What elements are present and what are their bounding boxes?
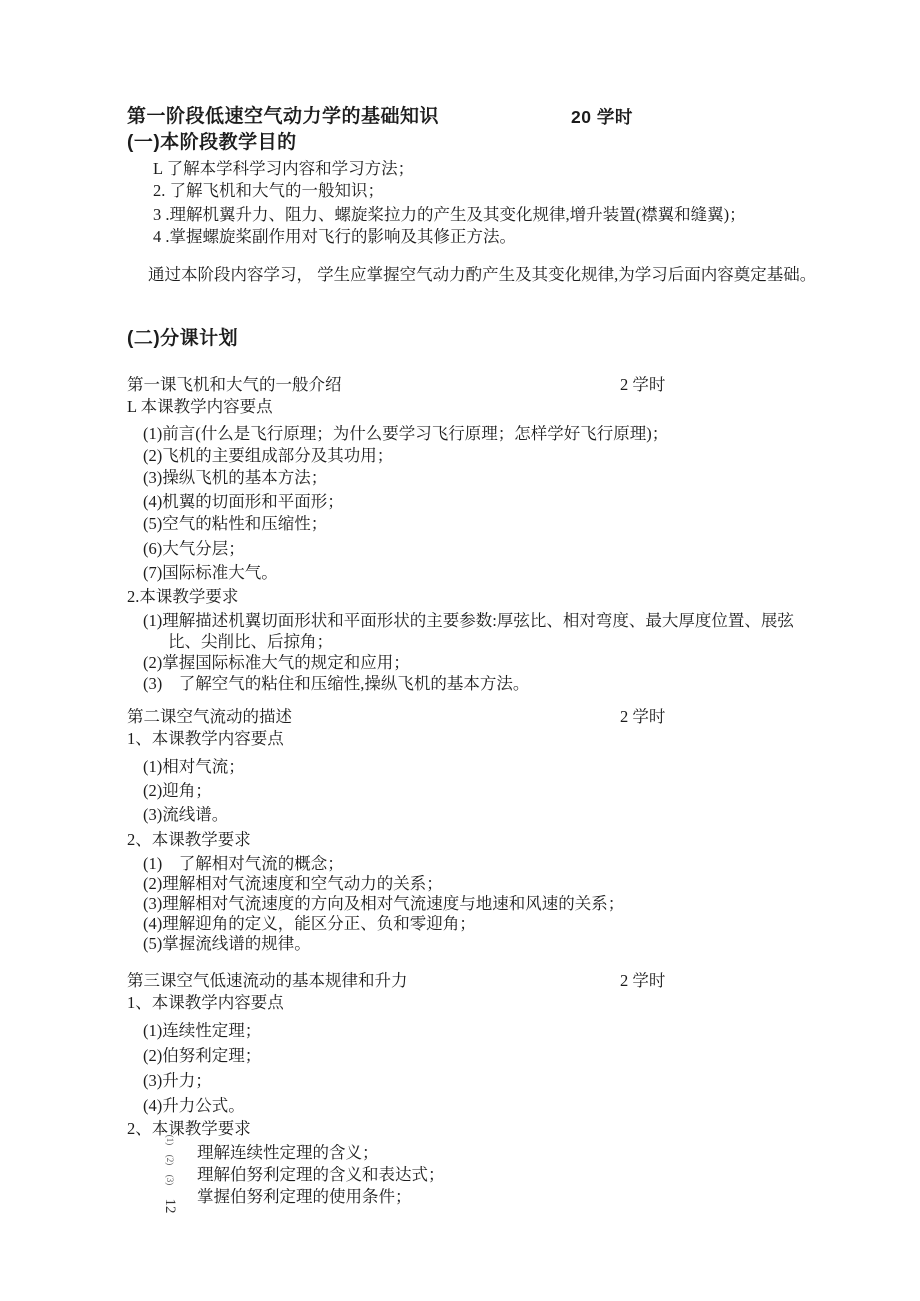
lesson-title-row: 第一课飞机和大气的一般介绍 2 学时 bbox=[0, 374, 920, 396]
content-heading: L 本课教学内容要点 bbox=[0, 396, 920, 418]
req-item: (3)理解相对气流速度的方向及相对气流速度与地速和风速的关系； bbox=[0, 894, 920, 914]
req-heading: 2、本课教学要求 bbox=[0, 1118, 920, 1140]
objective-item: 4 .掌握螺旋桨副作用对飞行的影响及其修正方法。 bbox=[0, 226, 920, 248]
content-item: (4)升力公式。 bbox=[0, 1093, 920, 1118]
plan-heading: (二)分课计划 bbox=[0, 326, 920, 352]
req-item: (1)理解描述机翼切面形状和平面形状的主要参数:厚弦比、相对弯度、最大厚度位置、… bbox=[0, 610, 920, 631]
lesson-title: 第三课空气低速流动的基本规律和升力 bbox=[127, 971, 408, 990]
lesson-title: 第二课空气流动的描述 bbox=[127, 707, 292, 726]
content-item: (1)相对气流； bbox=[0, 755, 920, 779]
content-item: (3)操纵飞机的基本方法； bbox=[0, 467, 920, 489]
req-item: (1) 了解相对气流的概念； bbox=[0, 854, 920, 874]
stage-summary: 通过本阶段内容学习， 学生应掌握空气动力酌产生及其变化规律,为学习后面内容奠定基… bbox=[0, 264, 920, 286]
req-item: 掌握伯努利定理的使用条件； bbox=[0, 1186, 920, 1208]
content-item: (1)前言(什么是飞行原理；为什么要学习飞行原理；怎样学好飞行原理)； bbox=[0, 423, 920, 445]
rotated-page-number: 12 bbox=[157, 1194, 183, 1218]
content-heading: 1、本课教学内容要点 bbox=[0, 992, 920, 1014]
stage-hours: 20 学时 bbox=[571, 104, 633, 130]
objective-item: L 了解本学科学习内容和学习方法； bbox=[0, 158, 920, 180]
lesson-hours: 2 学时 bbox=[620, 970, 665, 992]
stage-title: 第一阶段低速空气动力学的基础知识 bbox=[127, 106, 439, 127]
content-item: (2)飞机的主要组成部分及其功用； bbox=[0, 445, 920, 467]
content-item: (5)空气的粘性和压缩性； bbox=[0, 513, 920, 535]
lesson-title-row: 第三课空气低速流动的基本规律和升力 2 学时 bbox=[0, 970, 920, 992]
lesson-title: 第一课飞机和大气的一般介绍 bbox=[127, 375, 342, 394]
req-item: (3) 了解空气的粘住和压缩性,操纵飞机的基本方法。 bbox=[0, 673, 920, 694]
req-item: 理解伯努利定理的含义和表达式； bbox=[0, 1164, 920, 1186]
req-item: (5)掌握流线谱的规律。 bbox=[0, 934, 920, 954]
content-item: (3)流线谱。 bbox=[0, 803, 920, 827]
rotated-list-marker: (3) bbox=[160, 1168, 180, 1192]
lesson-hours: 2 学时 bbox=[620, 374, 665, 396]
content-item: (3)升力； bbox=[0, 1068, 920, 1093]
content-item: (2)迎角； bbox=[0, 779, 920, 803]
content-item: (6)大气分层； bbox=[0, 538, 920, 560]
scan-artifact-column: (1) (2) (3) 12 bbox=[158, 1130, 182, 1219]
content-item: (2)伯努利定理； bbox=[0, 1043, 920, 1068]
req-item: (4)理解迎角的定义，能区分正、负和零迎角； bbox=[0, 914, 920, 934]
content-item: (1)连续性定理； bbox=[0, 1018, 920, 1043]
req-heading: 2.本课教学要求 bbox=[0, 586, 920, 608]
req-item: (2)理解相对气流速度和空气动力的关系； bbox=[0, 874, 920, 894]
req-item-continuation: 比、尖削比、后掠角； bbox=[0, 631, 920, 652]
objectives-heading: (一)本阶段教学目的 bbox=[0, 130, 920, 156]
objective-item: 2. 了解飞机和大气的一般知识； bbox=[0, 180, 920, 202]
content-item: (4)机翼的切面形和平面形； bbox=[0, 491, 920, 513]
content-item: (7)国际标准大气。 bbox=[0, 562, 920, 584]
req-item: 理解连续性定理的含义； bbox=[0, 1142, 920, 1164]
content-heading: 1、本课教学内容要点 bbox=[0, 728, 920, 750]
objective-item: 3 .理解机翼升力、阻力、螺旋桨拉力的产生及其变化规律,增升装置(襟翼和缝翼)； bbox=[0, 204, 920, 226]
stage-title-row: 第一阶段低速空气动力学的基础知识 20 学时 bbox=[0, 104, 920, 130]
req-item: (2)掌握国际标准大气的规定和应用； bbox=[0, 652, 920, 673]
req-heading: 2、本课教学要求 bbox=[0, 829, 920, 851]
lesson-hours: 2 学时 bbox=[620, 706, 665, 728]
document-page: 第一阶段低速空气动力学的基础知识 20 学时 (一)本阶段教学目的 L 了解本学… bbox=[0, 0, 920, 1301]
lesson-title-row: 第二课空气流动的描述 2 学时 bbox=[0, 706, 920, 728]
